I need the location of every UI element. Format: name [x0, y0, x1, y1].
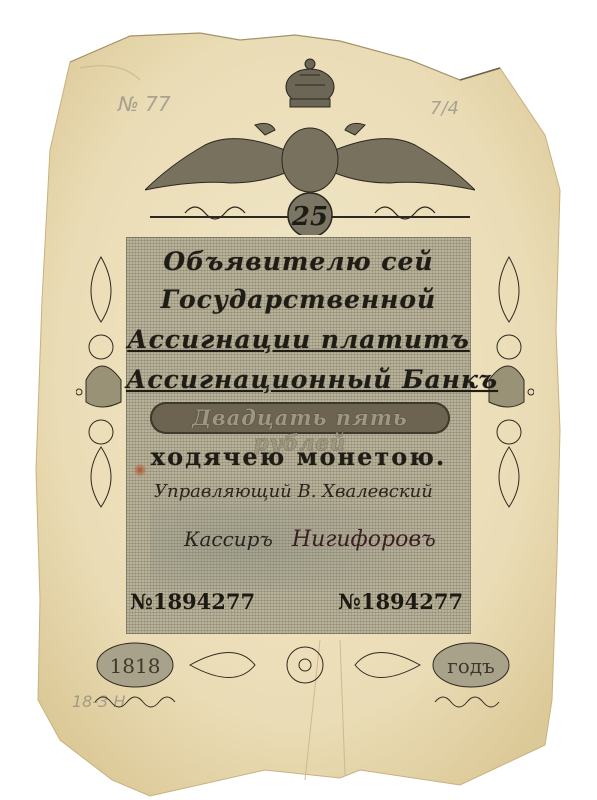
text-line-4: Ассигнационный Банкъ: [126, 365, 471, 394]
manager-label: Управляющий: [154, 481, 292, 502]
god-text: годъ: [447, 654, 495, 678]
left-crown-ornament: [76, 252, 126, 512]
rust-stain: [133, 463, 147, 477]
double-headed-eagle-emblem: 25: [145, 55, 475, 235]
serial-value-left: 1894277: [153, 589, 255, 614]
amount-cartouche: Двадцать пять рублей: [150, 402, 450, 434]
banknote: № 77 7/4 18-3 Н 25: [0, 0, 597, 800]
text-panel: Объявителю сей Государственной Ассигнаци…: [126, 237, 471, 634]
manager-name: В. Хвалевский: [298, 481, 433, 502]
cashier-label: Кассиръ: [184, 527, 273, 551]
serial-number-right: №1894277: [338, 589, 463, 614]
text-line-3: Ассигнации платитъ: [126, 325, 471, 354]
cashier-name: Нигифоровъ: [292, 527, 436, 552]
cashier-signature: Кассиръ Нигифоровъ: [184, 527, 436, 552]
manager-signature: Управляющий В. Хвалевский: [154, 481, 433, 502]
serial-number-left: №1894277: [130, 589, 255, 614]
text-line-1: Объявителю сей: [126, 247, 471, 276]
serial-value-right: 1894277: [361, 589, 463, 614]
eagle-wings-icon: [145, 123, 475, 192]
text-line-2: Государственной: [126, 285, 471, 314]
serial-prefix-right: №: [338, 589, 361, 614]
currency-line: ходячею монетою.: [126, 442, 471, 471]
bottom-ornament-band: 1818 годъ: [95, 640, 515, 710]
imperial-crown-icon: [286, 59, 334, 107]
denomination-value: 25: [291, 202, 328, 232]
year-text: 1818: [110, 654, 161, 678]
serial-prefix-left: №: [130, 589, 153, 614]
